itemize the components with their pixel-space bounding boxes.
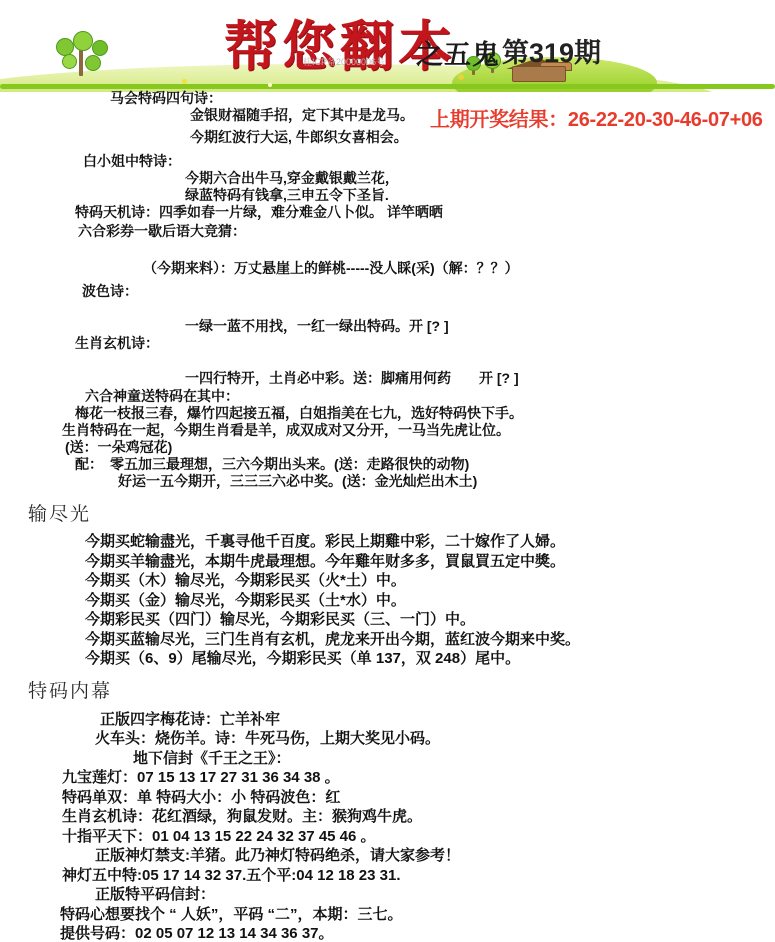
text-line: 好运一五今期开，三三三六必中奖。(送：金光灿烂出木土) <box>118 473 775 490</box>
text-line: （今期来料）：万丈悬崖上的鲜桃-----没人睬(采)（解：？？） <box>143 260 775 277</box>
text-line: 今期买羊输盡光，本期牛虎最理想。今年雞年财多多，買鼠買五定中獎。 <box>85 552 775 572</box>
text-line: 生肖特码在一起，今期生肖看是羊，成双成对又分开，一马当先虎让位。 <box>62 422 775 439</box>
flower-dot <box>458 74 464 80</box>
text-line: 波色诗： <box>82 283 775 300</box>
text-line: 十指平天下：01 04 13 15 22 24 32 37 45 46 。 <box>62 827 775 847</box>
text-line: 今期六合出牛马,穿金戴银戴兰花， <box>185 170 775 187</box>
text-line: 今期买（木）输尽光，今期彩民买（火*土）中。 <box>85 571 775 591</box>
flower-dot <box>182 79 187 84</box>
text-line: 特码天机诗：四季如春一片绿，难分难金八卜似。 详竿晒晒 <box>75 204 775 221</box>
text-line: 正版特平码信封： <box>95 885 775 905</box>
text-line: 配： 零五加三最理想，三六今期出头来。(送：走路很快的动物) <box>75 456 775 473</box>
text-line: 九宝莲灯：07 15 13 17 27 31 36 34 38 。 <box>62 768 775 788</box>
text-line: 生肖玄机诗： <box>75 335 775 352</box>
text-line: 火车头：烧伤羊。诗：牛死马伤，上期大奖见小码。 <box>95 729 775 749</box>
text-line: 今期买蓝输尽光，三门生肖有玄机，虎龙来开出今期，蓝红波今期来中奖。 <box>85 630 775 650</box>
site-logo-subtitle: 之五鬼 <box>416 33 500 72</box>
text-line: (送：一朵鸡冠花) <box>65 439 775 456</box>
text-line: 正版四字梅花诗：亡羊补牢 <box>100 710 775 730</box>
text-line: 一绿一蓝不用找，一红一绿出特码。开 [? ] <box>185 318 775 335</box>
text-line: 今期买蛇输盡光，千裏寻他千百度。彩民上期雞中彩，二十嫁作了人婦。 <box>85 532 775 552</box>
text-line: 地下信封《千王之王》： <box>133 749 775 769</box>
content-lines: 马会特码四句诗：金银财福随手招，定下其中是龙马。今期红波行大运, 牛郎织女喜相会… <box>0 90 775 942</box>
text-line: 生肖玄机诗：花红酒绿，狗鼠发财。主：猴狗鸡牛虎。 <box>62 807 775 827</box>
text-line: 梅花一枝报三春，爆竹四起接五福，白姐指美在七九，选好特码快下手。 <box>75 405 775 422</box>
text-line: 特码单双：单 特码大小：小 特码波色：红 <box>62 788 775 808</box>
text-line: 绿蓝特码有钱拿,三申五令下圣旨. <box>185 187 775 204</box>
text-line: 今期买（金）输尽光，今期彩民买（土*水）中。 <box>85 591 775 611</box>
flower-dot <box>268 83 272 87</box>
text-line: 今期彩民买（四门）输尽光，今期彩民买（三、一门）中。 <box>85 610 775 630</box>
issue-number: 第319期 <box>502 31 601 70</box>
text-line: 六合神童送特码在其中： <box>85 388 775 405</box>
grass-line <box>0 84 775 89</box>
text-line: 正版神灯禁支:羊猪。此乃神灯特码绝杀，请大家参考！ <box>95 846 775 866</box>
text-line: 今期红波行大运, 牛郎织女喜相会。 <box>190 129 775 146</box>
text-line: 今期买（6、9）尾输尽光，今期彩民买（单 137，双 248）尾中。 <box>85 649 775 669</box>
text-line: 六合彩券一歇后语大竞猜： <box>78 223 775 240</box>
text-line: 提供号码：02 05 07 12 13 14 34 36 37。 <box>60 924 775 942</box>
icp-watermark: 桂ICP备20000006号 <box>303 55 385 68</box>
text-line: 一四行特开，土肖必中彩。送：脚痛用何药 开 [? ] <box>185 370 775 387</box>
section-title: 输尽光 <box>28 502 775 528</box>
text-line: 白小姐中特诗： <box>83 153 775 170</box>
page-banner: 帮您翻本 之五鬼 第319期 桂ICP备20000006号 <box>0 0 775 92</box>
text-line: 神灯五中特:05 17 14 32 37.五个平:04 12 18 23 31. <box>62 866 775 886</box>
text-line: 马会特码四句诗： <box>110 90 775 107</box>
section-title: 特码内幕 <box>28 679 775 705</box>
text-line: 金银财福随手招，定下其中是龙马。 <box>190 107 775 124</box>
text-line: 特码心想要找个 “ 人妖”，平码 “二”，本期：三七。 <box>60 905 775 925</box>
